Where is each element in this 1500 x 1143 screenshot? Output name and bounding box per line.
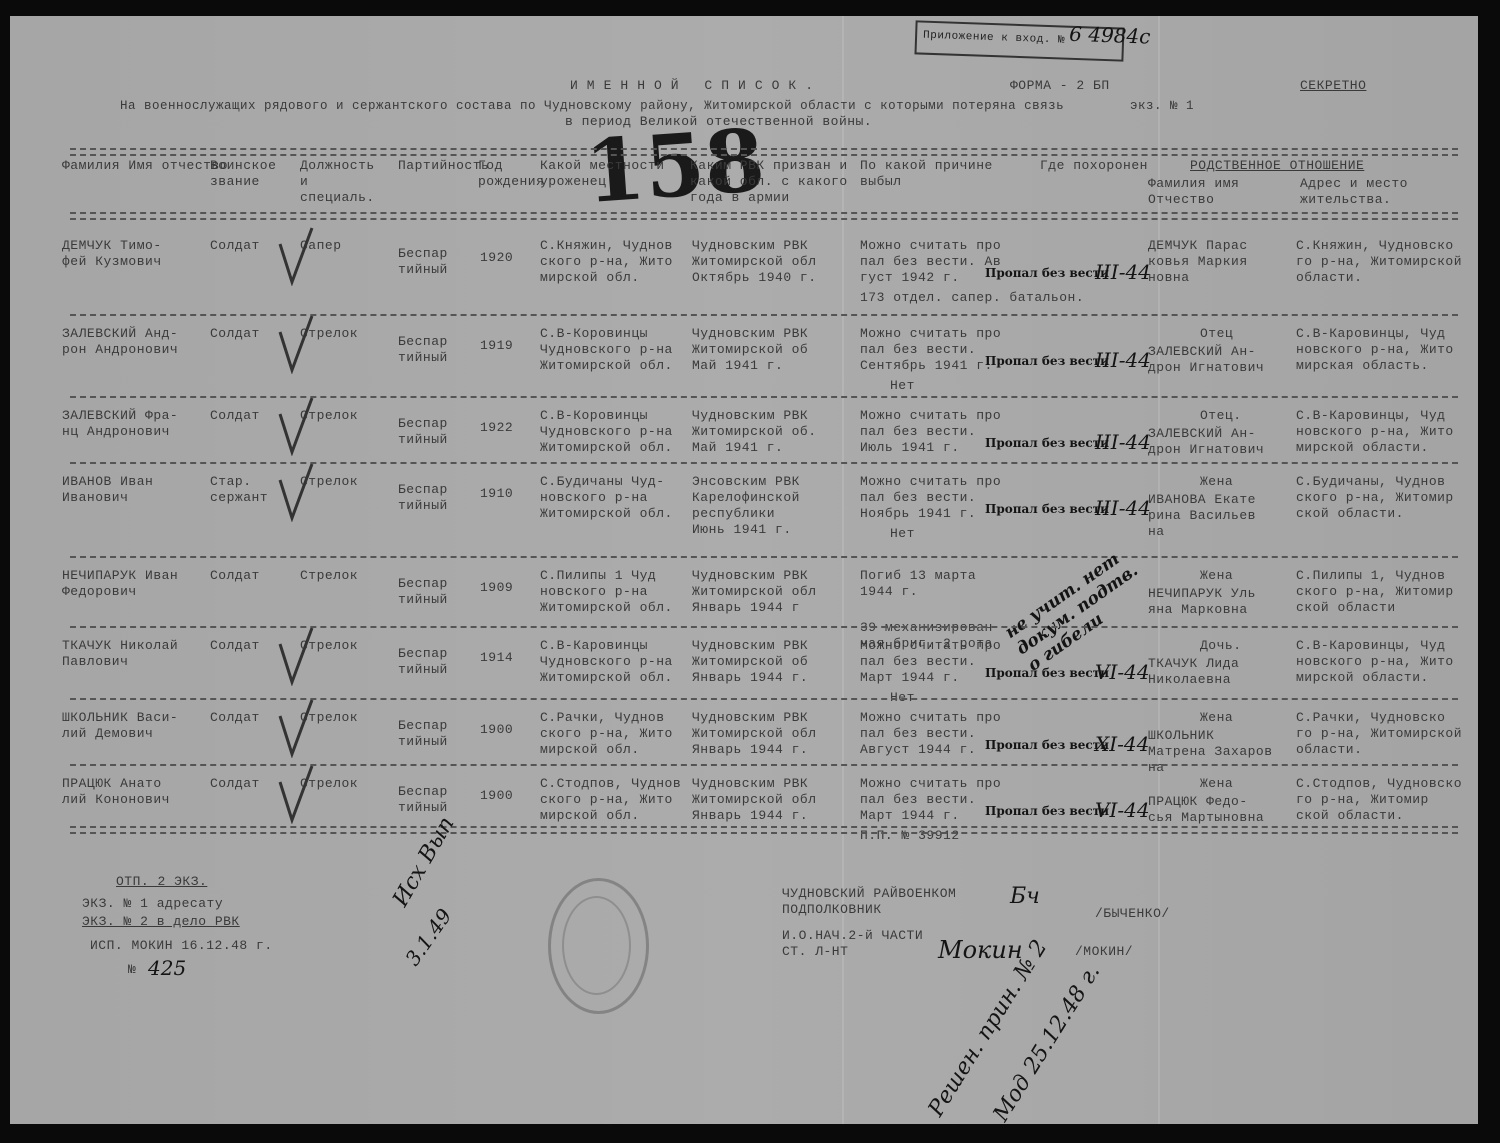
handwritten-date: 3.1.49 bbox=[400, 904, 456, 970]
handwritten-date: III-44 bbox=[1095, 348, 1151, 372]
cell-relative-role: Жена bbox=[1200, 776, 1233, 792]
cell-reason: Можно считать про пал без вести. Ноябрь … bbox=[860, 474, 1001, 522]
check-mark-icon bbox=[278, 764, 314, 824]
col-header-reason: По какой причине выбыл bbox=[860, 158, 1020, 190]
cell-birthplace: С.В-Коровинцы Чудновского р-на Житомирск… bbox=[540, 408, 673, 456]
cell-birth-year: 1900 bbox=[480, 788, 513, 804]
cell-name: НЕЧИПАРУК Иван Федорович bbox=[62, 568, 178, 600]
signatory-2-name: /МОКИН/ bbox=[1075, 944, 1133, 960]
cell-rank: Солдат bbox=[210, 710, 260, 726]
handwritten-status: Пропал без вести bbox=[985, 354, 1109, 368]
cell-reason: Можно считать про пал без вести. Март 19… bbox=[860, 638, 1001, 686]
cell-relative-address: С.В-Каровинцы, Чуд новского р-на, Жито м… bbox=[1296, 638, 1454, 686]
handwritten-status: Пропал без вести bbox=[985, 666, 1109, 680]
cell-birth-year: 1910 bbox=[480, 486, 513, 502]
cell-rank: Стар. сержант bbox=[210, 474, 268, 506]
signatory-2-title: И.О.НАЧ.2-й ЧАСТИ bbox=[782, 928, 923, 944]
cell-name: ДЕМЧУК Тимо- фей Кузмович bbox=[62, 238, 162, 270]
cell-birthplace: С.Стодпов, Чуднов ского р-на, Жито мирск… bbox=[540, 776, 681, 824]
col-header-burial: Где похоронен bbox=[1040, 158, 1150, 174]
col-group-relatives: РОДСТВЕННОЕ ОТНОШЕНИЕ bbox=[1190, 158, 1364, 174]
cell-relative-address: С.В-Каровинцы, Чуд новского р-на, Жито м… bbox=[1296, 326, 1454, 374]
outgoing-number-prefix: № bbox=[128, 962, 136, 978]
col-header-party: Партийность bbox=[398, 158, 468, 174]
cell-relative-name: ЗАЛЕВСКИЙ Ан- дрон Игнатович bbox=[1148, 344, 1264, 376]
header-rule-top bbox=[70, 148, 1458, 156]
cell-relative-role: Отец bbox=[1200, 326, 1233, 342]
classification-label: СЕКРЕТНО bbox=[1300, 78, 1366, 94]
signature-1: Бч bbox=[1010, 884, 1040, 909]
cell-party: Беспар тийный bbox=[398, 416, 448, 448]
cell-birth-year: 1909 bbox=[480, 580, 513, 596]
handwritten-status: не учит. нет докум. подтв. о гибели bbox=[1001, 540, 1158, 675]
check-mark-icon bbox=[278, 698, 314, 758]
cell-rank: Солдат bbox=[210, 638, 260, 654]
cell-name: ПРАЦЮК Анато лий Кононович bbox=[62, 776, 170, 808]
cell-birthplace: С.Пилипы 1 Чуд новского р-на Житомирской… bbox=[540, 568, 673, 616]
cell-conscription: Чудновским РВК Житомирской об Январь 194… bbox=[692, 638, 808, 686]
cell-birthplace: С.Рачки, Чуднов ского р-на, Жито мирской… bbox=[540, 710, 673, 758]
cell-relative-role: Жена bbox=[1200, 568, 1233, 584]
cell-burial: Нет bbox=[890, 526, 915, 542]
cell-rank: Солдат bbox=[210, 238, 260, 254]
col-header-birth-year: Год рождения bbox=[478, 158, 528, 190]
cell-relative-name: ШКОЛЬНИК Матрена Захаров на bbox=[1148, 728, 1273, 776]
cell-conscription: Чудновским РВК Житомирской об. Май 1941 … bbox=[692, 408, 817, 456]
handwritten-status: Пропал без вести bbox=[985, 804, 1109, 818]
cell-conscription: Чудновским РВК Житомирской обл Январь 19… bbox=[692, 568, 817, 616]
registration-stamp: Приложение к вход. № 6 4984с bbox=[914, 20, 1124, 61]
check-mark-icon bbox=[278, 462, 314, 522]
check-mark-icon bbox=[278, 626, 314, 686]
cell-birth-year: 1914 bbox=[480, 650, 513, 666]
outgoing-number: 425 bbox=[148, 956, 186, 980]
cell-birthplace: С.В-Коровинцы Чудновского р-на Житомирск… bbox=[540, 326, 673, 374]
cell-birth-year: 1920 bbox=[480, 250, 513, 266]
signature-2: Мокин bbox=[938, 936, 1023, 964]
cell-relative-name: ИВАНОВА Екате рина Васильев на bbox=[1148, 492, 1256, 540]
cell-party: Беспар тийный bbox=[398, 646, 448, 678]
col-header-relative-name: Фамилия имя Отчество bbox=[1148, 176, 1278, 208]
cell-reason: Можно считать про пал без вести. Август … bbox=[860, 710, 1001, 758]
cell-name: ЗАЛЕВСКИЙ Фра- нц Андронович bbox=[62, 408, 178, 440]
col-header-position: Должность и специаль. bbox=[300, 158, 390, 206]
cell-burial: Нет bbox=[890, 378, 915, 394]
cell-conscription: Чудновским РВК Житомирской обл Январь 19… bbox=[692, 710, 817, 758]
cell-rank: Солдат bbox=[210, 776, 260, 792]
cell-party: Беспар тийный bbox=[398, 784, 448, 816]
cell-relative-name: НЕЧИПАРУК Уль яна Марковна bbox=[1148, 586, 1256, 618]
header-rule-bottom bbox=[70, 212, 1458, 220]
cell-name: ТКАЧУК Николай Павлович bbox=[62, 638, 178, 670]
document-title: ИМЕННОЙ СПИСОК. bbox=[570, 78, 822, 94]
cell-party: Беспар тийный bbox=[398, 482, 448, 514]
handwritten-date: XI-44 bbox=[1095, 732, 1149, 756]
cell-rank: Солдат bbox=[210, 568, 260, 584]
cell-relative-address: С.Рачки, Чудновско го р-на, Житомирской … bbox=[1296, 710, 1462, 758]
cell-reason: Погиб 13 марта 1944 г. bbox=[860, 568, 976, 600]
check-mark-icon bbox=[278, 396, 314, 456]
cell-reason: Можно считать про пал без вести. Ав густ… bbox=[860, 238, 1001, 286]
cell-relative-role: Дочь. bbox=[1200, 638, 1242, 654]
col-header-relative-address: Адрес и место жительства. bbox=[1300, 176, 1470, 208]
check-mark-icon bbox=[278, 314, 314, 374]
cell-conscription: Чудновским РВК Житомирской обл Октябрь 1… bbox=[692, 238, 817, 286]
cell-party: Беспар тийный bbox=[398, 334, 448, 366]
form-label: ФОРМА - 2 БП bbox=[1010, 78, 1110, 94]
handwritten-date: III-44 bbox=[1095, 430, 1151, 454]
cell-rank: Солдат bbox=[210, 326, 260, 342]
cell-relative-address: С.Будичаны, Чуднов ского р-на, Житомир с… bbox=[1296, 474, 1454, 522]
handwritten-date: VI-44 bbox=[1095, 798, 1150, 822]
cell-relative-name: ЗАЛЕВСКИЙ Ан- дрон Игнатович bbox=[1148, 426, 1264, 458]
executor-line: ИСП. МОКИН 16.12.48 г. bbox=[90, 938, 273, 954]
cell-party: Беспар тийный bbox=[398, 246, 448, 278]
cell-relative-role: Жена bbox=[1200, 474, 1233, 490]
col-header-birthplace: Какой местности уроженец bbox=[540, 158, 680, 190]
stamp-label: Приложение к вход. № bbox=[923, 28, 1066, 49]
signatory-1-title: ЧУДНОВСКИЙ РАЙВОЕНКОМ bbox=[782, 886, 956, 902]
cell-unit: 173 отдел. сапер. батальон. bbox=[860, 290, 1084, 306]
signatory-1-name: /БЫЧЕНКО/ bbox=[1095, 906, 1170, 922]
handwritten-date: III-44 bbox=[1095, 260, 1151, 284]
col-header-rank: Воинское звание bbox=[210, 158, 290, 190]
cell-birthplace: С.В-Каровинцы Чудновского р-на Житомирск… bbox=[540, 638, 673, 686]
handwritten-status: Пропал без вести bbox=[985, 738, 1109, 752]
cell-relative-name: ПРАЦЮК Федо- сья Мартыновна bbox=[1148, 794, 1264, 826]
copy-1-destination: ЭКЗ. № 1 адресату bbox=[82, 896, 223, 912]
cell-party: Беспар тийный bbox=[398, 718, 448, 750]
copies-count: ОТП. 2 ЭКЗ. bbox=[116, 874, 207, 890]
cell-name: ЗАЛЕВСКИЙ Анд- рон Андронович bbox=[62, 326, 178, 358]
handwritten-status: Пропал без вести bbox=[985, 502, 1109, 516]
document-subtitle: На военнослужащих рядового и сержантског… bbox=[120, 98, 1064, 114]
copy-number: экз. № 1 bbox=[1130, 98, 1194, 114]
table-rule-bottom bbox=[70, 826, 1458, 834]
document-page: Приложение к вход. № 6 4984с ИМЕННОЙ СПИ… bbox=[10, 16, 1478, 1124]
cell-position: Стрелок bbox=[300, 568, 358, 584]
handwritten-status: Пропал без вести bbox=[985, 266, 1109, 280]
handwritten-date: VI-44 bbox=[1095, 660, 1150, 684]
signatory-2-rank: СТ. Л-НТ bbox=[782, 944, 848, 960]
cell-relative-name: ТКАЧУК Лида Николаевна bbox=[1148, 656, 1239, 688]
cell-conscription: Чудновским РВК Житомирской об Май 1941 г… bbox=[692, 326, 808, 374]
row-separator bbox=[70, 556, 1458, 558]
check-mark-icon bbox=[278, 226, 314, 286]
cell-relative-address: С.Стодпов, Чудновско го р-на, Житомир ск… bbox=[1296, 776, 1462, 824]
copy-2-destination: ЭКЗ. № 2 в дело РВК bbox=[82, 914, 240, 930]
handwritten-date: III-44 bbox=[1095, 496, 1151, 520]
cell-relative-role: Отец. bbox=[1200, 408, 1242, 424]
cell-rank: Солдат bbox=[210, 408, 260, 424]
cell-reason: Можно считать про пал без вести. Март 19… bbox=[860, 776, 1001, 824]
cell-name: ШКОЛЬНИК Васи- лий Демович bbox=[62, 710, 178, 742]
cell-conscription: Энсовским РВК Карелофинской республики И… bbox=[692, 474, 800, 538]
cell-party: Беспар тийный bbox=[398, 576, 448, 608]
handwritten-status: Пропал без вести bbox=[985, 436, 1109, 450]
col-header-conscription: Каким РВК призван и какой обл. с какого … bbox=[690, 158, 850, 206]
signatory-1-rank: ПОДПОЛКОВНИК bbox=[782, 902, 882, 918]
cell-relative-role: Жена bbox=[1200, 710, 1233, 726]
cell-birthplace: С.Будичаны Чуд- новского р-на Житомирско… bbox=[540, 474, 673, 522]
cell-birth-year: 1919 bbox=[480, 338, 513, 354]
cell-birth-year: 1900 bbox=[480, 722, 513, 738]
cell-relative-address: С.Пилипы 1, Чуднов ского р-на, Житомир с… bbox=[1296, 568, 1454, 616]
cell-relative-address: С.В-Каровинцы, Чуд новского р-на, Жито м… bbox=[1296, 408, 1454, 456]
col-header-name: Фамилия Имя отчество bbox=[62, 158, 228, 174]
cell-reason: Можно считать про пал без вести. Июль 19… bbox=[860, 408, 1001, 456]
cell-birth-year: 1922 bbox=[480, 420, 513, 436]
cell-birthplace: С.Княжин, Чуднов ского р-на, Жито мирско… bbox=[540, 238, 673, 286]
official-seal-inner bbox=[562, 896, 631, 995]
cell-name: ИВАНОВ Иван Иванович bbox=[62, 474, 153, 506]
cell-conscription: Чудновским РВК Житомирской обл Январь 19… bbox=[692, 776, 817, 824]
cell-relative-address: С.Княжин, Чудновско го р-на, Житомирской… bbox=[1296, 238, 1462, 286]
cell-relative-name: ДЕМЧУК Парас ковья Маркия новна bbox=[1148, 238, 1248, 286]
stamp-number: 6 4984с bbox=[1069, 22, 1151, 49]
cell-reason: Можно считать про пал без вести. Сентябр… bbox=[860, 326, 1001, 374]
